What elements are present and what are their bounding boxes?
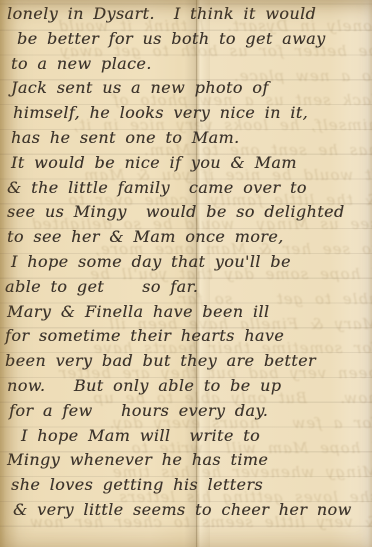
letter-line: be better for us both to get away <box>17 27 370 52</box>
letter-line: I hope some day that you'll be <box>11 250 370 275</box>
letter-line: to a new place. <box>11 52 370 77</box>
letter-line: himself, he looks very nice in it, <box>13 101 370 126</box>
letter-line: now. But only able to be up <box>7 374 370 399</box>
letter-line: Mingy whenever he has time <box>7 448 370 473</box>
letter-line: Mary & Finella have been ill <box>7 300 370 325</box>
letter-line: she loves getting his letters <box>11 473 370 498</box>
letter-line: see us Mingy would be so delighted <box>7 200 370 225</box>
letter-line: Jack sent us a new photo of <box>11 76 370 101</box>
letter-line: able to get so far. <box>5 275 370 300</box>
letter-line: & the little family came over to <box>7 176 370 201</box>
letter-line: lonely in Dysart. I think it would <box>7 2 370 27</box>
letter-line: It would be nice if you & Mam <box>11 151 370 176</box>
letter-line: & very little seems to cheer her now <box>13 498 370 523</box>
letter-line: for a few hours every day. <box>9 399 370 424</box>
letter-line: I hope Mam will write to <box>21 424 370 449</box>
letter-line: to see her & Mam once more, <box>7 225 370 250</box>
letter-page: lonely in Dysart. I think it wouldbe bet… <box>0 0 372 547</box>
handwritten-text: lonely in Dysart. I think it would be be… <box>5 2 370 523</box>
letter-line: been very bad but they are better <box>5 349 370 374</box>
letter-line: has he sent one to Mam. <box>11 126 370 151</box>
letter-line: for sometime their hearts have <box>5 324 370 349</box>
